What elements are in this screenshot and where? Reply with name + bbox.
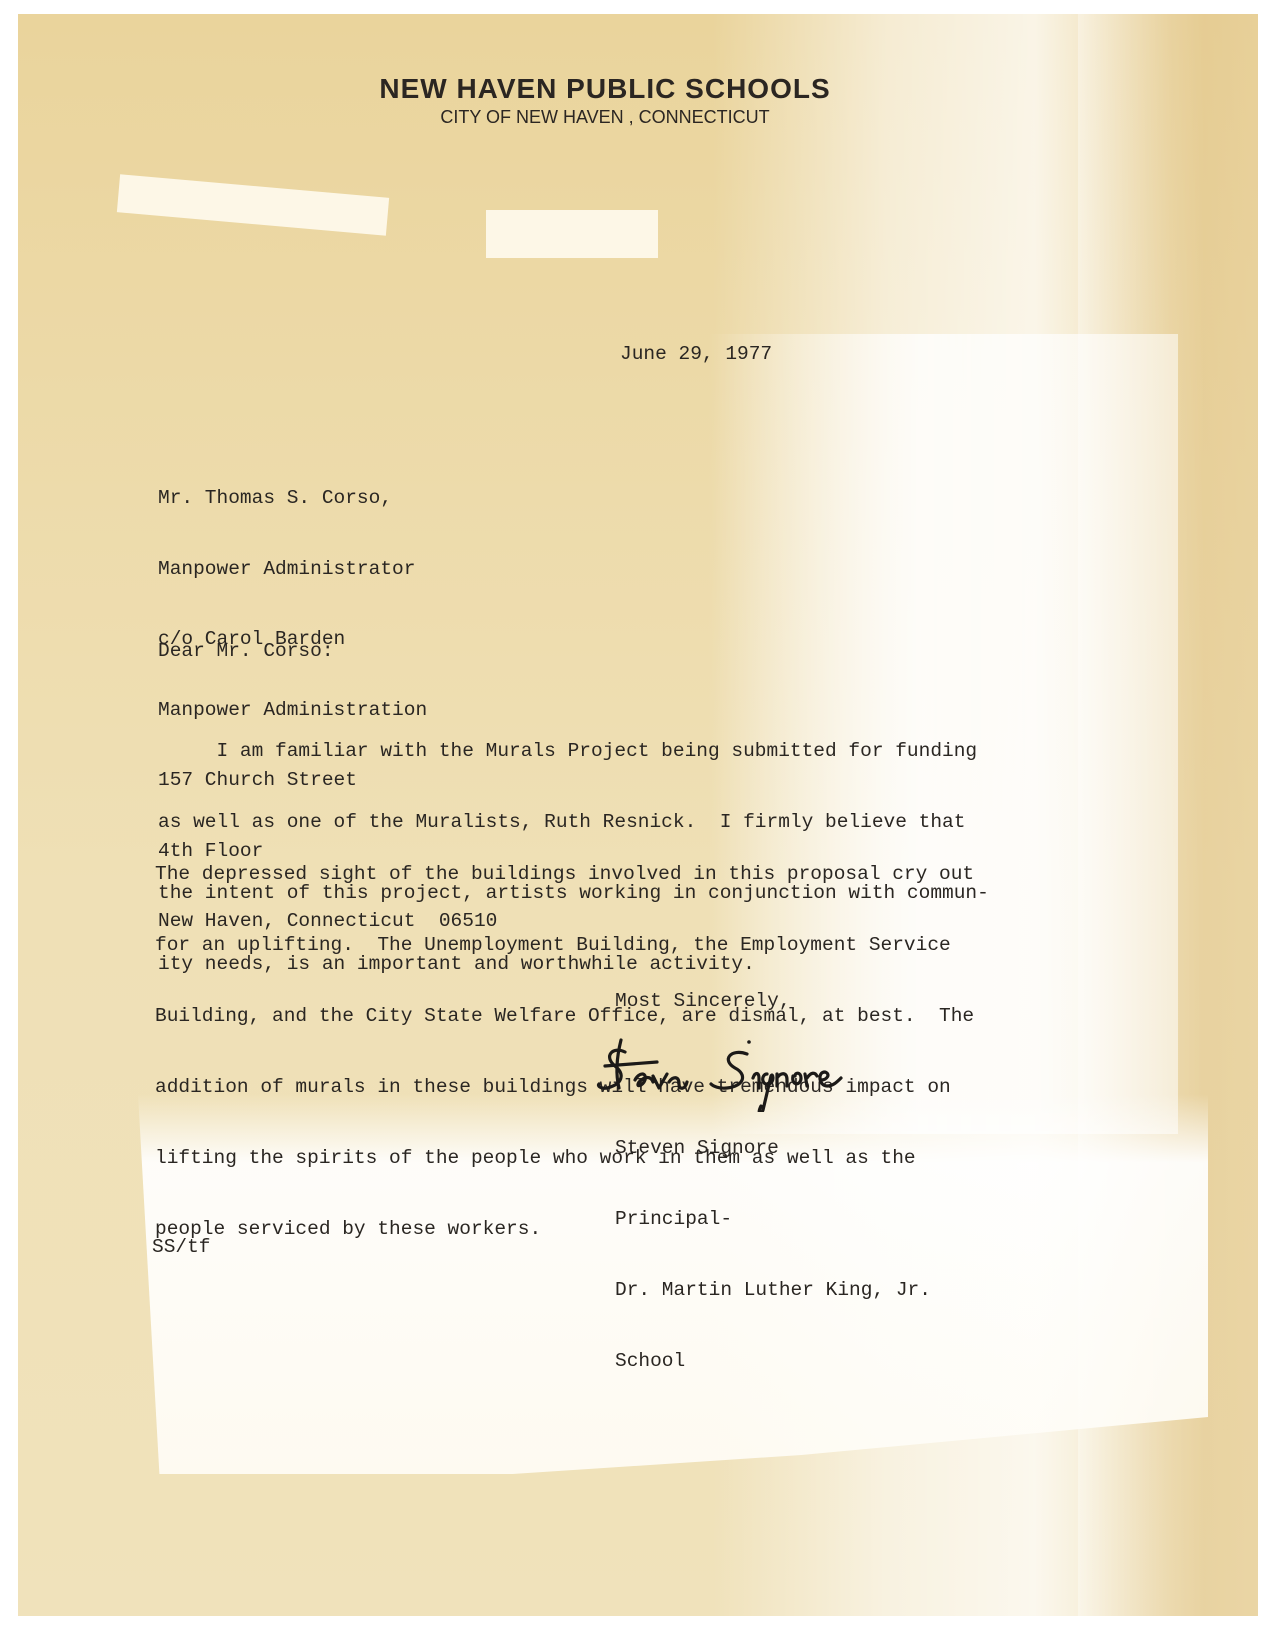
body-line: Building, and the City State Welfare Off…	[155, 1005, 974, 1029]
letterhead-title: NEW HAVEN PUBLIC SCHOOLS	[0, 72, 1210, 106]
letter-date: June 29, 1977	[620, 343, 772, 367]
signer-school: Dr. Martin Luther King, Jr.	[615, 1279, 931, 1303]
body-line: for an uplifting. The Unemployment Build…	[155, 934, 974, 958]
reference-initials: SS/tf	[152, 1236, 211, 1260]
body-line: The depressed sight of the buildings inv…	[155, 863, 974, 887]
signature-block: Steven Signore Principal- Dr. Martin Lut…	[615, 1090, 931, 1398]
address-line: Manpower Administrator	[158, 558, 497, 582]
closing: Most Sincerely,	[615, 990, 791, 1014]
tape-strip	[486, 210, 658, 258]
tape-strip	[117, 174, 389, 235]
signer-school-line-2: School	[615, 1350, 931, 1374]
letterhead: NEW HAVEN PUBLIC SCHOOLS CITY OF NEW HAV…	[0, 72, 1210, 128]
address-line: Mr. Thomas S. Corso,	[158, 487, 497, 511]
signer-title: Principal-	[615, 1208, 931, 1232]
body-line: I am familiar with the Murals Project be…	[158, 740, 989, 764]
salutation: Dear Mr. Corso:	[158, 640, 334, 664]
signer-name: Steven Signore	[615, 1137, 931, 1161]
letterhead-subtitle: CITY OF NEW HAVEN , CONNECTICUT	[0, 106, 1210, 128]
